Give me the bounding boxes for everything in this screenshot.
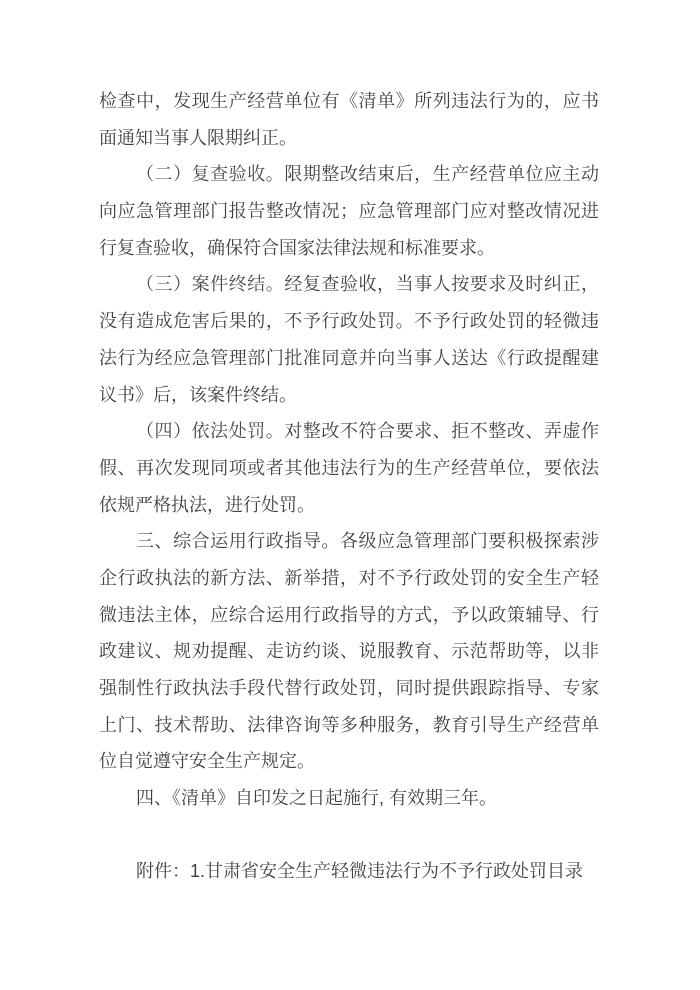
section-label-run: （三）案件终结。 bbox=[136, 274, 284, 294]
text-line: 附件：1.甘肃省安全生产轻微违法行为不予行政处罚目录 bbox=[99, 853, 599, 890]
body-text-run: 面通知当事人限期纠正。 bbox=[99, 128, 297, 148]
body-text-run: 政建议、规劝提醒、走访约谈、说服教育、示范帮助等，以非 bbox=[99, 641, 599, 661]
body-text-run: 对整改不符合要求、拒不整改、弄虚作 bbox=[284, 421, 599, 441]
text-line: 微违法主体，应综合运用行政指导的方式，予以政策辅导、行 bbox=[99, 597, 599, 634]
text-line: （二）复查验收。限期整改结束后，生产经营单位应主动 bbox=[99, 156, 599, 193]
body-text-run: 向应急管理部门报告整改情况；应急管理部门应对整改情况进 bbox=[99, 201, 599, 221]
text-line: 行复查验收，确保符合国家法律法规和标准要求。 bbox=[99, 230, 599, 267]
body-text-run: 微违法主体，应综合运用行政指导的方式，予以政策辅导、行 bbox=[99, 605, 599, 625]
text-line: 企行政执法的新方法、新举措，对不予行政处罚的安全生产轻 bbox=[99, 560, 599, 597]
body-text-run: 上门、技术帮助、法律咨询等多种服务，教育引导生产经营单 bbox=[99, 715, 599, 735]
body-text-run: 经复查验收，当事人按要求及时纠正， bbox=[284, 274, 599, 294]
document-body: 检查中，发现生产经营单位有《清单》所列违法行为的，应书面通知当事人限期纠正。（二… bbox=[99, 83, 599, 890]
text-line: 依规严格执法，进行处罚。 bbox=[99, 487, 599, 524]
text-line: 向应急管理部门报告整改情况；应急管理部门应对整改情况进 bbox=[99, 193, 599, 230]
body-text-run: 没有造成危害后果的，不予行政处罚。不予行政处罚的轻微违 bbox=[99, 311, 599, 331]
text-line: （四）依法处罚。对整改不符合要求、拒不整改、弄虚作 bbox=[99, 413, 599, 450]
text-line: 法行为经应急管理部门批准同意并向当事人送达《行政提醒建 bbox=[99, 340, 599, 377]
text-line: 假、再次发现同项或者其他违法行为的生产经营单位，要依法 bbox=[99, 450, 599, 487]
body-text-run: 假、再次发现同项或者其他违法行为的生产经营单位，要依法 bbox=[99, 458, 599, 478]
body-text-run: 法行为经应急管理部门批准同意并向当事人送达《行政提醒建 bbox=[99, 348, 599, 368]
text-line: 检查中，发现生产经营单位有《清单》所列违法行为的，应书 bbox=[99, 83, 599, 120]
body-text-run: 企行政执法的新方法、新举措，对不予行政处罚的安全生产轻 bbox=[99, 568, 599, 588]
body-text-run: 附件：1.甘肃省安全生产轻微违法行为不予行政处罚目录 bbox=[136, 861, 583, 881]
text-line: 四、《清单》自印发之日起施行, 有效期三年。 bbox=[99, 780, 599, 817]
body-text-run: 四、《清单》自印发之日起施行, 有效期三年。 bbox=[136, 788, 497, 808]
text-line: 强制性行政执法手段代替行政处罚，同时提供跟踪指导、专家 bbox=[99, 670, 599, 707]
body-text-run: 议书》后，该案件终结。 bbox=[99, 385, 297, 405]
text-line: 政建议、规劝提醒、走访约谈、说服教育、示范帮助等，以非 bbox=[99, 633, 599, 670]
text-line: 没有造成危害后果的，不予行政处罚。不予行政处罚的轻微违 bbox=[99, 303, 599, 340]
body-text-run: 三、综合运用行政指导。各级应急管理部门要积极探索涉 bbox=[136, 531, 599, 551]
body-text-run: 依规严格执法，进行处罚。 bbox=[99, 495, 315, 515]
section-label-run: （二）复查验收。 bbox=[136, 164, 284, 184]
section-label-run: （四）依法处罚。 bbox=[136, 421, 284, 441]
body-text-run: 限期整改结束后，生产经营单位应主动 bbox=[284, 164, 599, 184]
body-text-run: 强制性行政执法手段代替行政处罚，同时提供跟踪指导、专家 bbox=[99, 678, 599, 698]
document-page: 检查中，发现生产经营单位有《清单》所列违法行为的，应书面通知当事人限期纠正。（二… bbox=[0, 0, 700, 990]
text-line: 三、综合运用行政指导。各级应急管理部门要积极探索涉 bbox=[99, 523, 599, 560]
text-line: 位自觉遵守安全生产规定。 bbox=[99, 743, 599, 780]
text-line: 议书》后，该案件终结。 bbox=[99, 377, 599, 414]
text-line: （三）案件终结。经复查验收，当事人按要求及时纠正， bbox=[99, 266, 599, 303]
body-text-run: 检查中，发现生产经营单位有《清单》所列违法行为的，应书 bbox=[99, 91, 599, 111]
body-text-run: 行复查验收，确保符合国家法律法规和标准要求。 bbox=[99, 238, 495, 258]
text-line: 面通知当事人限期纠正。 bbox=[99, 120, 599, 157]
body-text-run: 位自觉遵守安全生产规定。 bbox=[99, 751, 315, 771]
text-line: 上门、技术帮助、法律咨询等多种服务，教育引导生产经营单 bbox=[99, 707, 599, 744]
